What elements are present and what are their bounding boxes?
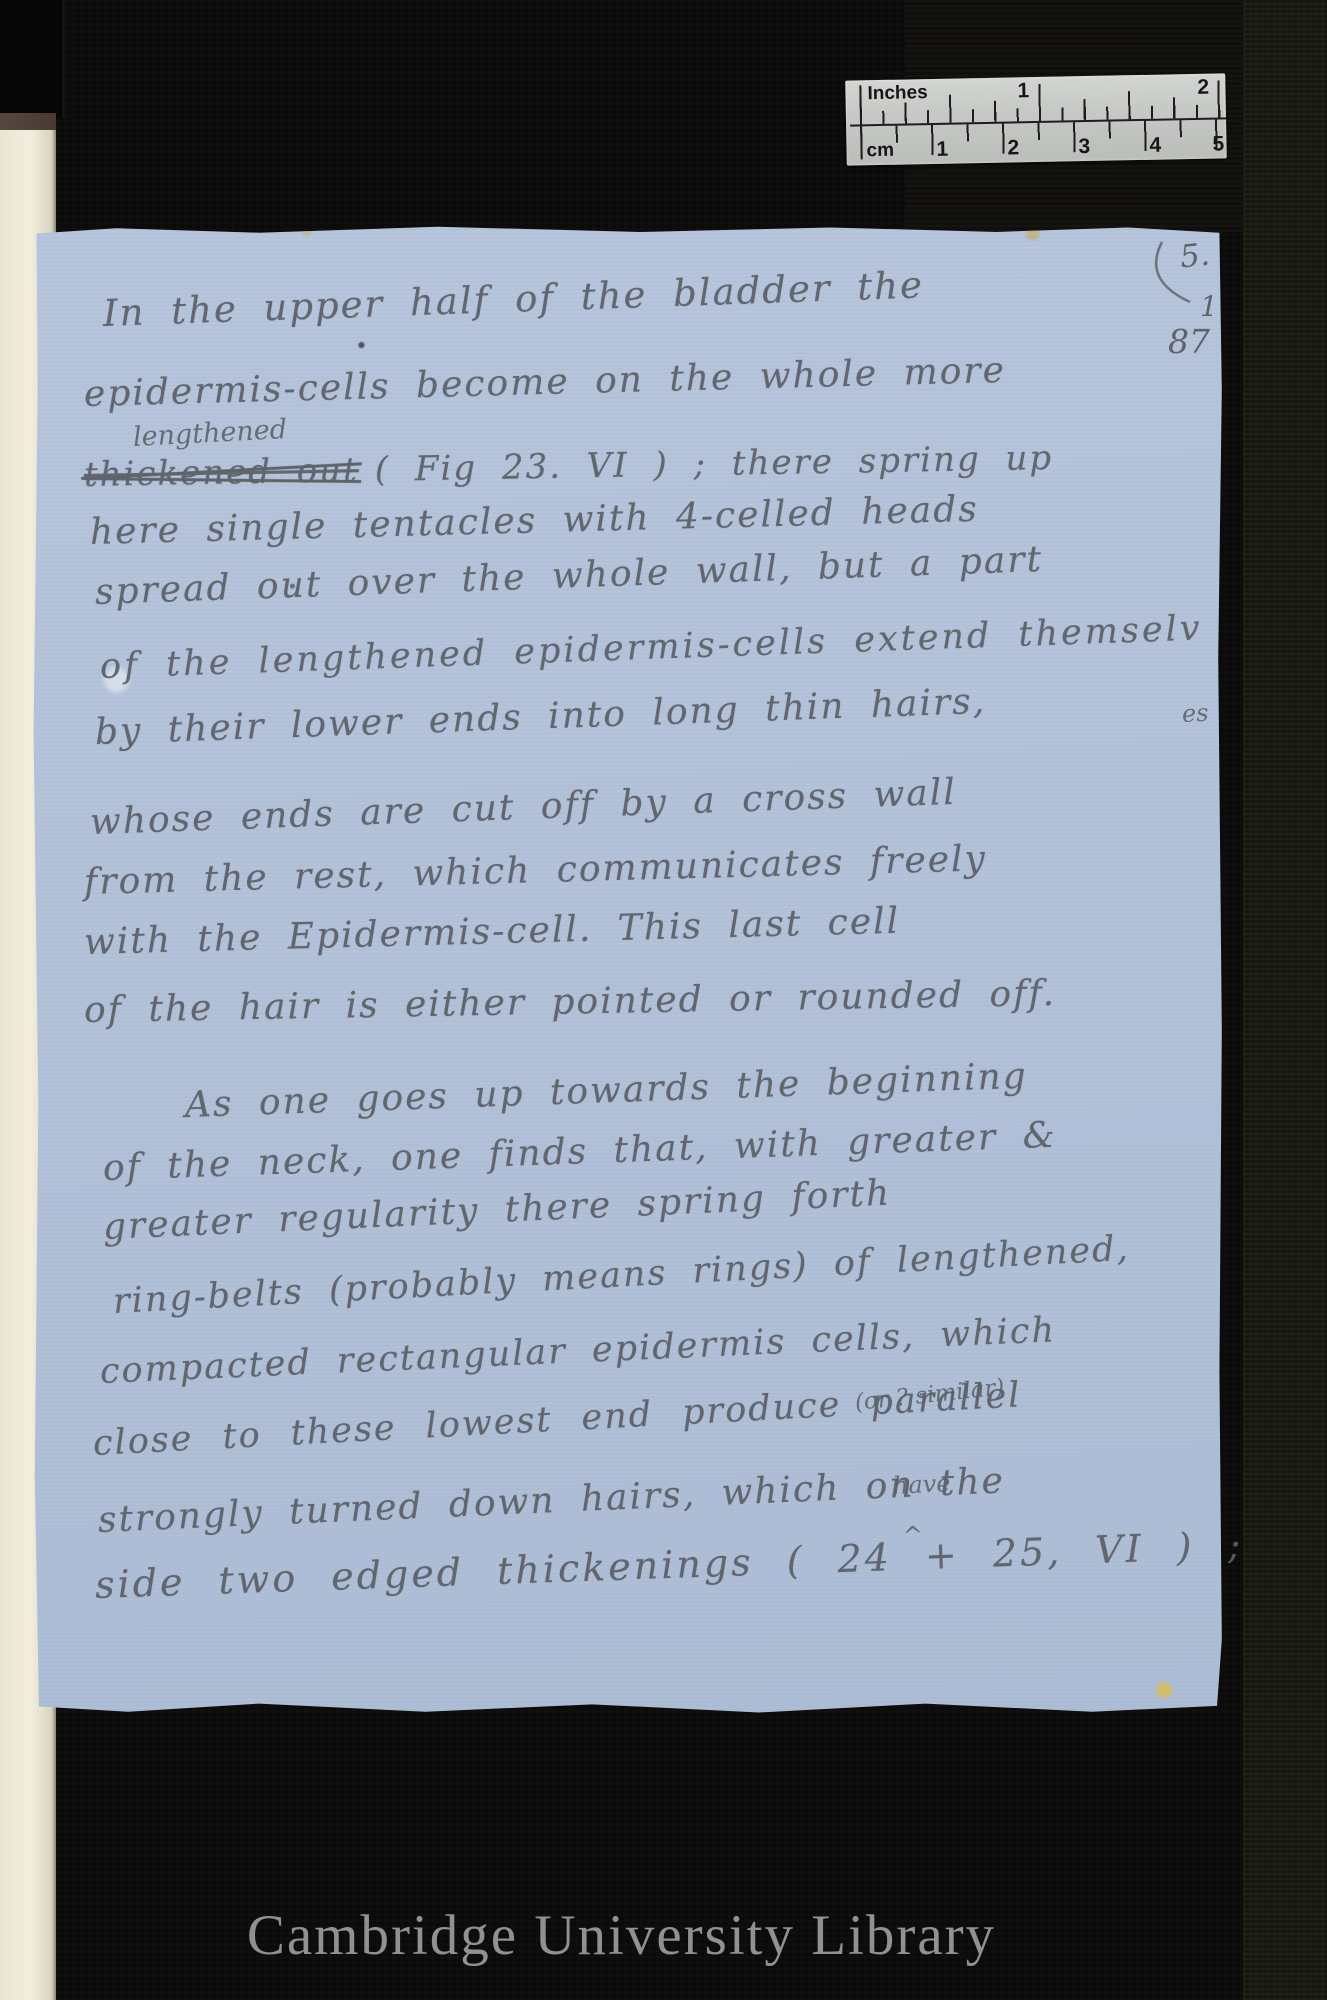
ruler-inch-number: 2 <box>1197 76 1209 100</box>
album-binding-strip <box>0 113 56 130</box>
ruler-cm-number: 2 <box>1007 136 1019 160</box>
ruler: Inches cm 1 2 1 2 3 4 5 <box>845 73 1227 165</box>
corner-seam <box>0 0 65 118</box>
page-number: 1 <box>1200 290 1218 323</box>
page-number: 5. <box>1178 237 1211 276</box>
cloth-texture-band <box>1243 0 1327 2000</box>
ruler-cm-number: 3 <box>1078 135 1090 159</box>
ruler-cm-number: 4 <box>1149 134 1161 158</box>
deleted-word: thickened out <box>84 450 359 495</box>
ruler-cm-number: 5 <box>1212 132 1224 156</box>
page-number: 87 <box>1168 322 1210 361</box>
photo-background: Inches cm 1 2 1 2 3 4 5 5. 1 87 In the u… <box>0 0 1327 2000</box>
ruler-cm-number: 1 <box>936 138 948 162</box>
ruler-inch-number: 1 <box>1017 79 1029 103</box>
interline-insertion-wrap: es <box>1181 699 1209 728</box>
watermark-text: Cambridge University Library <box>0 1903 1243 1968</box>
